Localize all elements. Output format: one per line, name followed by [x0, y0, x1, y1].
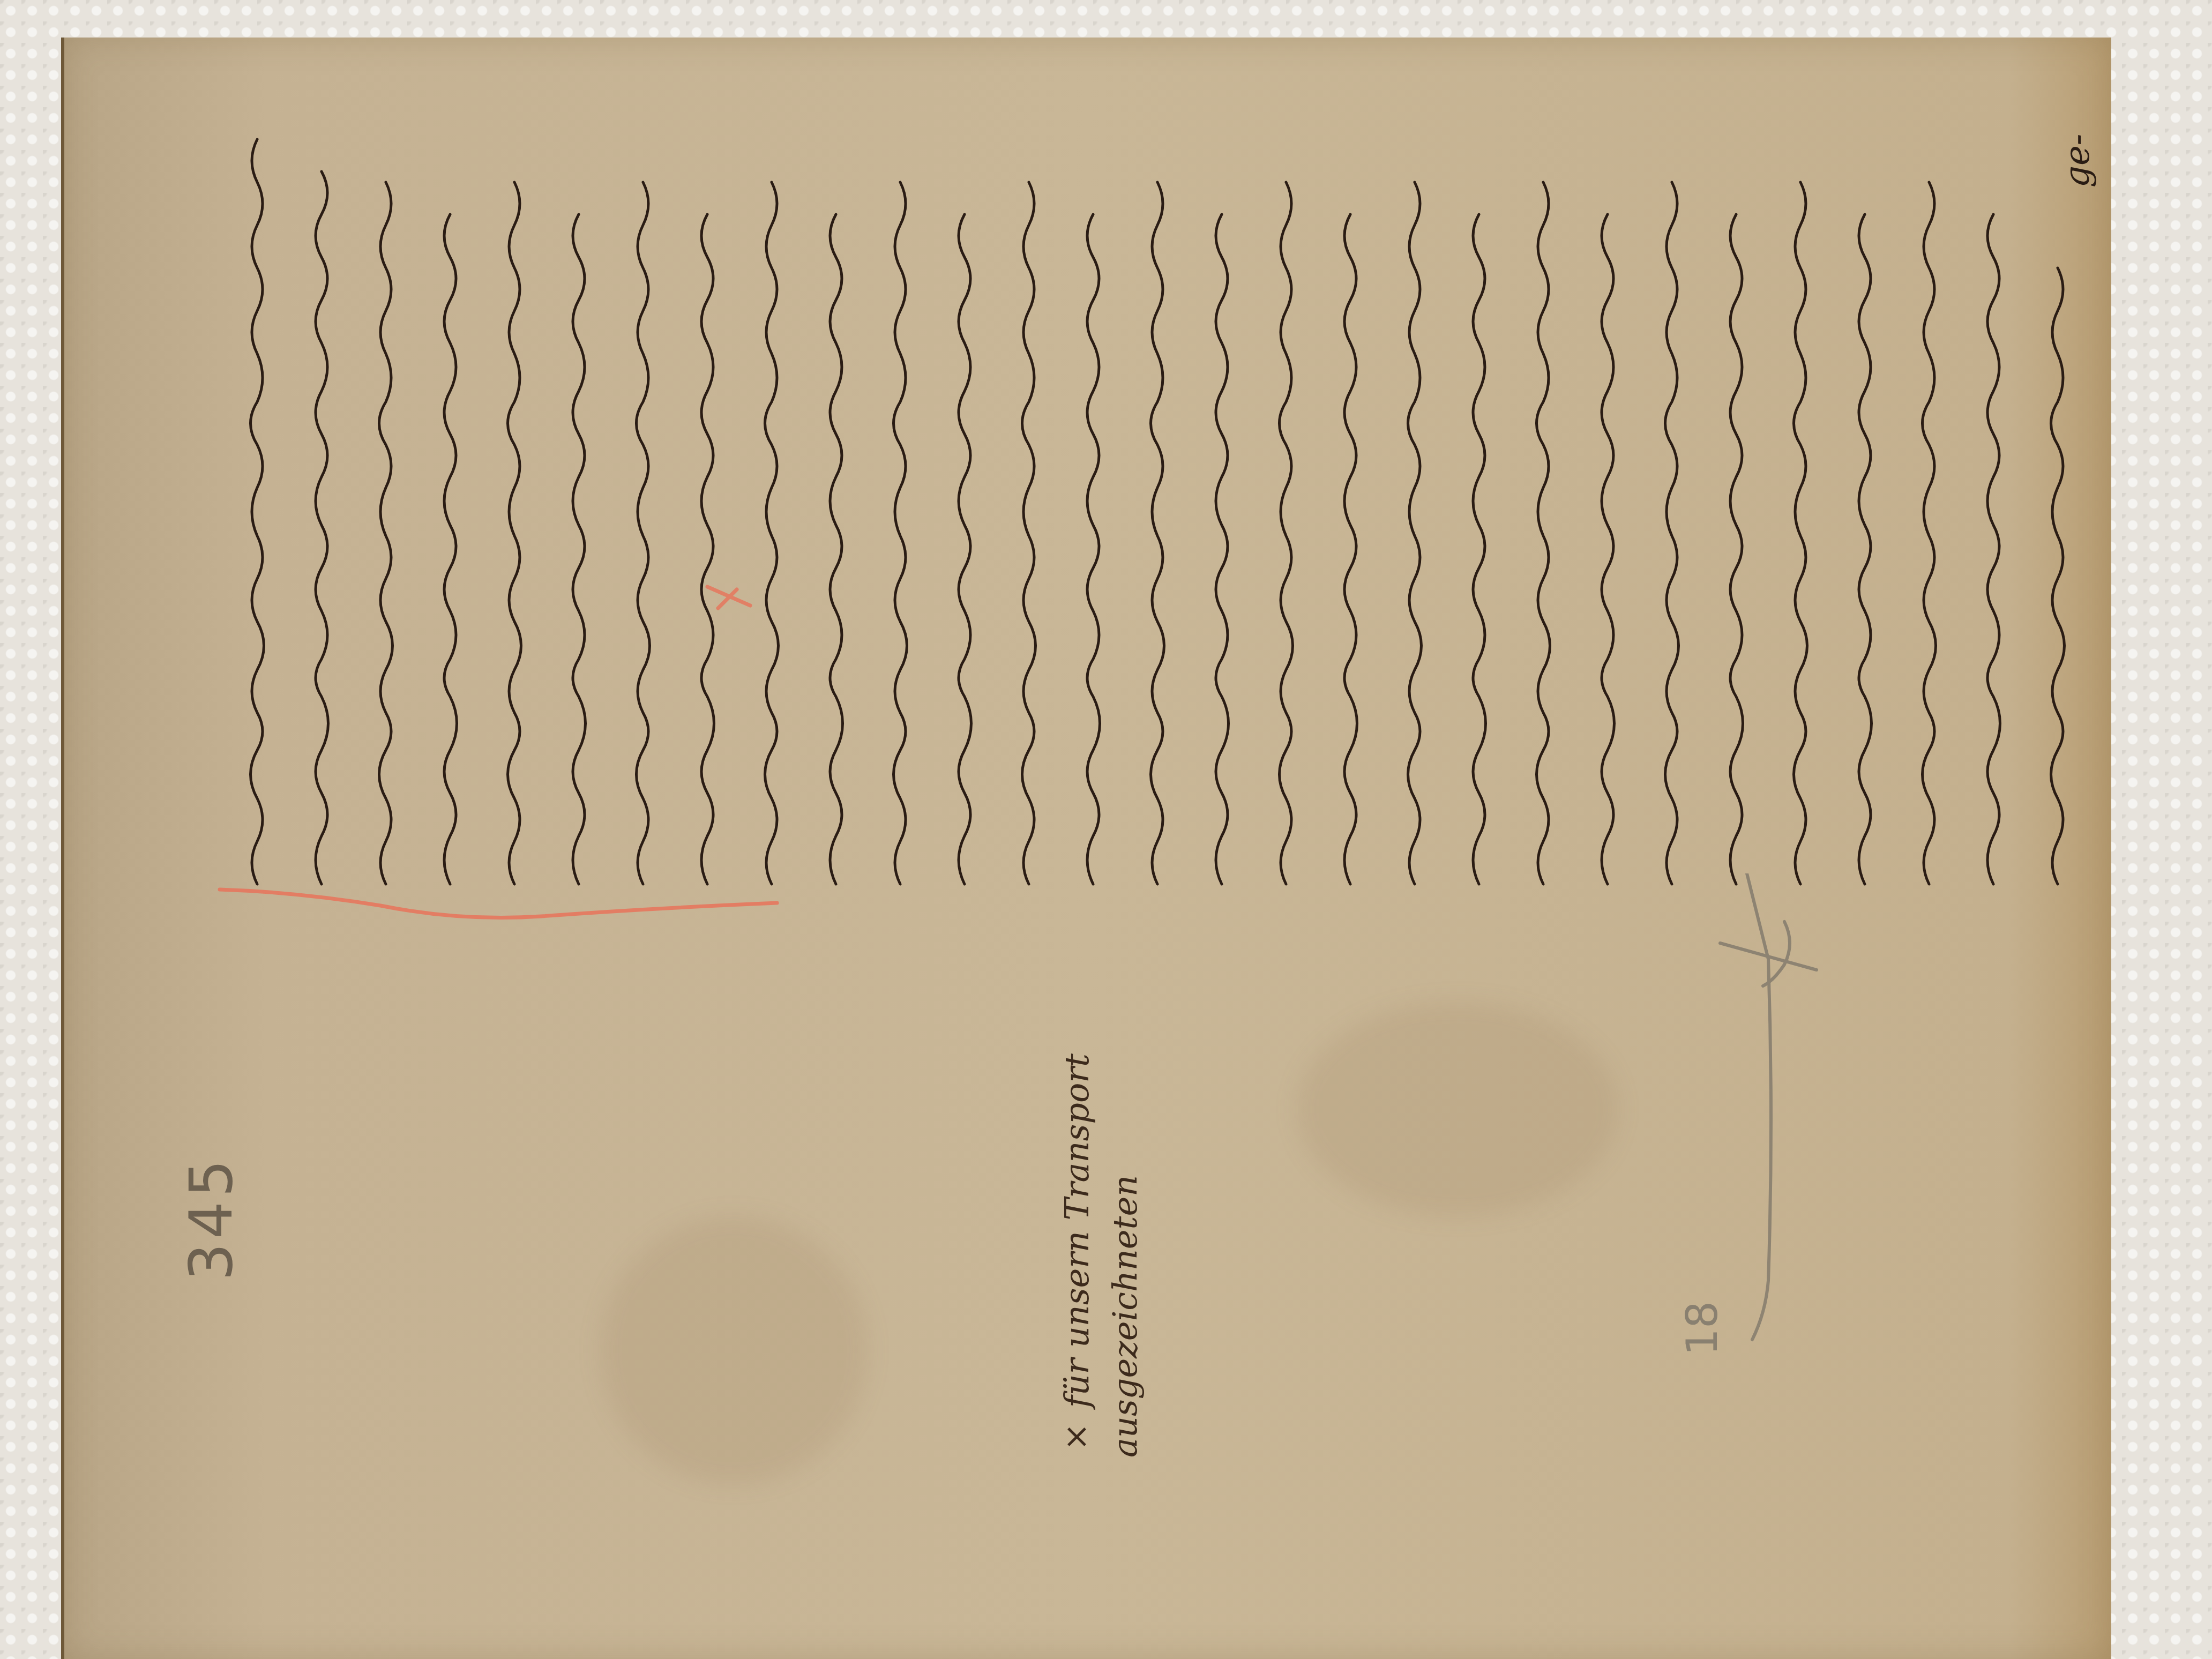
marginal-note-line2: ausgezeichneten — [1105, 1175, 1145, 1458]
red-crayon-underline — [214, 884, 782, 927]
catchword: ge- — [2058, 91, 2106, 188]
handwriting-lines — [225, 80, 2122, 906]
main-handwritten-text — [225, 80, 2122, 906]
marginal-note-line1: für unsern Transport — [1057, 1053, 1096, 1408]
marginal-note-marker: × — [1057, 1418, 1096, 1458]
red-insertion-mark-icon — [705, 584, 753, 611]
pencil-folio-number: 18 — [1677, 1281, 1742, 1356]
paper-stain — [600, 1216, 868, 1484]
manuscript-page: 345 × für unsern Transport ausgezeichnet… — [64, 38, 2111, 1659]
paper-stain — [1297, 1002, 1618, 1216]
page-number: 345 — [177, 1120, 241, 1281]
marginal-note: × für unsern Transport ausgezeichneten — [1053, 922, 1149, 1458]
